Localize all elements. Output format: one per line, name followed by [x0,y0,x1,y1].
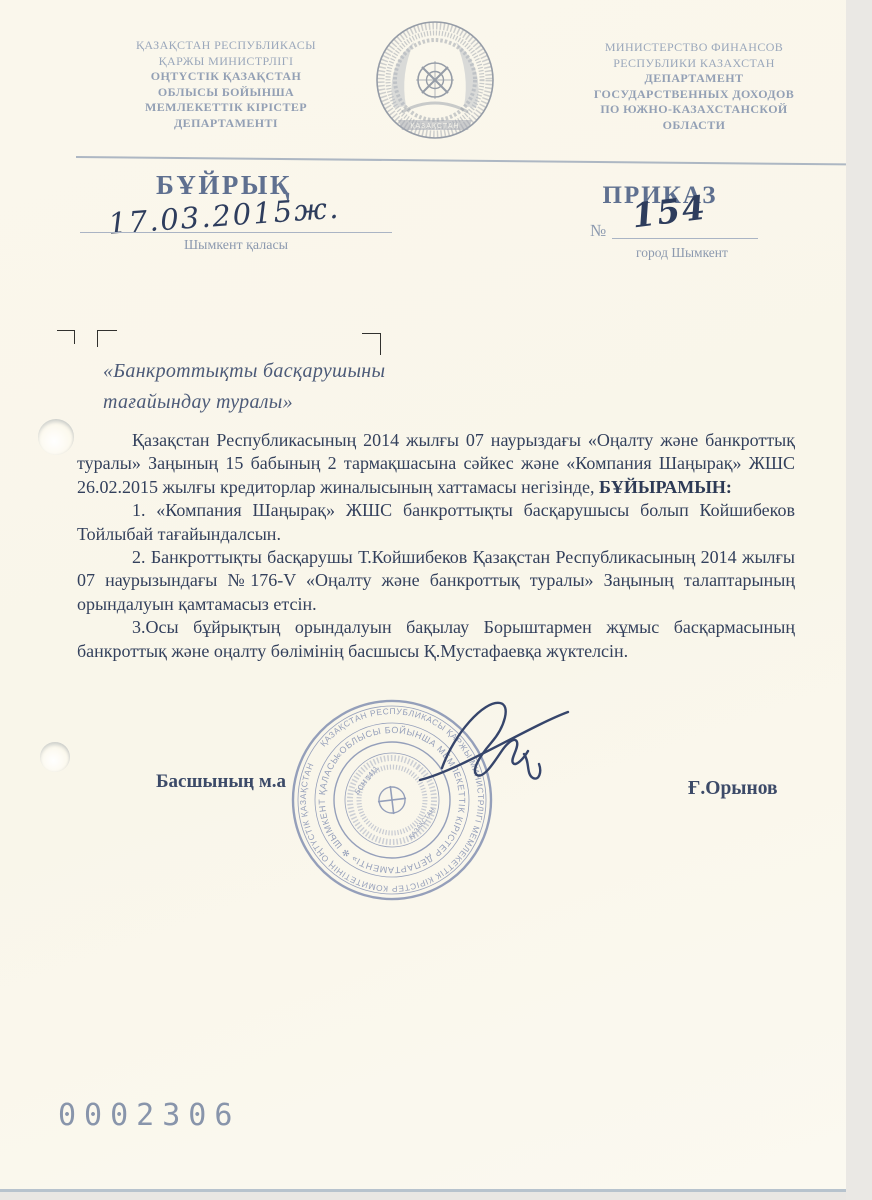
number-underline [612,238,758,239]
form-serial-number: 0002306 [58,1098,240,1133]
org-line: МИНИСТЕРСТВО ФИНАНСОВ [548,40,840,56]
signatory-name: Ғ.Орынов [688,778,778,800]
corner-mark [57,330,75,344]
order-item-2: 2. Банкроттықты басқарушы Т.Койшибеков Қ… [77,546,795,616]
order-item-1: 1. «Компания Шаңырақ» ЖШС банкроттықты б… [77,499,795,546]
org-line: ДЕПАРТАМЕНТІ [88,116,364,132]
corner-mark [362,333,381,355]
org-line: ҚАЗАҚСТАН РЕСПУБЛИКАСЫ [88,38,364,54]
corner-mark [97,330,117,347]
scanned-order-page: ҚАЗАҚСТАН РЕСПУБЛИКАСЫ ҚАРЖЫ МИНИСТРЛІГІ… [0,0,846,1192]
issuer-name-kazakh: ҚАЗАҚСТАН РЕСПУБЛИКАСЫ ҚАРЖЫ МИНИСТРЛІГІ… [88,38,364,131]
number-label: № [590,221,606,241]
org-line: ОБЛАСТИ [548,118,840,134]
order-body: Қазақстан Республикасының 2014 жылғы 07 … [77,429,795,663]
issuer-name-russian: МИНИСТЕРСТВО ФИНАНСОВ РЕСПУБЛИКИ КАЗАХСТ… [548,40,840,133]
punch-hole [38,419,74,455]
org-line: ГОСУДАРСТВЕННЫХ ДОХОДОВ [548,87,840,103]
punch-hole [40,742,70,772]
org-line: ОҢТҮСТІК ҚАЗАҚСТАН [88,69,364,85]
scanner-background [846,0,872,1200]
issue-place-ru: город Шымкент [596,245,768,261]
org-line: ОБЛЫСЫ БОЙЫНША [88,85,364,101]
org-line: ҚАРЖЫ МИНИСТРЛІГІ [88,54,364,70]
subject-line: тағайындау туралы» [103,387,443,418]
preamble-paragraph: Қазақстан Республикасының 2014 жылғы 07 … [77,429,795,499]
handwritten-order-number: 154 [630,188,709,236]
subject-line: «Банкроттықты басқарушыны [103,356,443,387]
header-divider-line [76,156,846,165]
org-line: РЕСПУБЛИКИ КАЗАХСТАН [548,56,840,72]
issue-place-kk: Шымкент қаласы [80,238,392,254]
org-line: МЕМЛЕКЕТТІК КІРІСТЕР [88,100,364,116]
order-item-3: 3.Осы бұйрықтың орындалуын бақылау Борыш… [77,616,795,663]
signatory-position: Басшының м.а [156,771,286,793]
signature-mark [412,692,577,804]
resolve-word: БҰЙЫРАМЫН: [599,477,732,497]
org-line: ПО ЮЖНО-КАЗАХСТАНСКОЙ [548,102,840,118]
date-underline [80,232,392,233]
org-line: ДЕПАРТАМЕНТ [548,71,840,87]
kazakhstan-emblem-icon: ҚАЗАҚСТАН [372,16,498,148]
order-subject: «Банкроттықты басқарушыны тағайындау тур… [103,356,443,418]
emblem-caption: ҚАЗАҚСТАН [410,123,459,130]
